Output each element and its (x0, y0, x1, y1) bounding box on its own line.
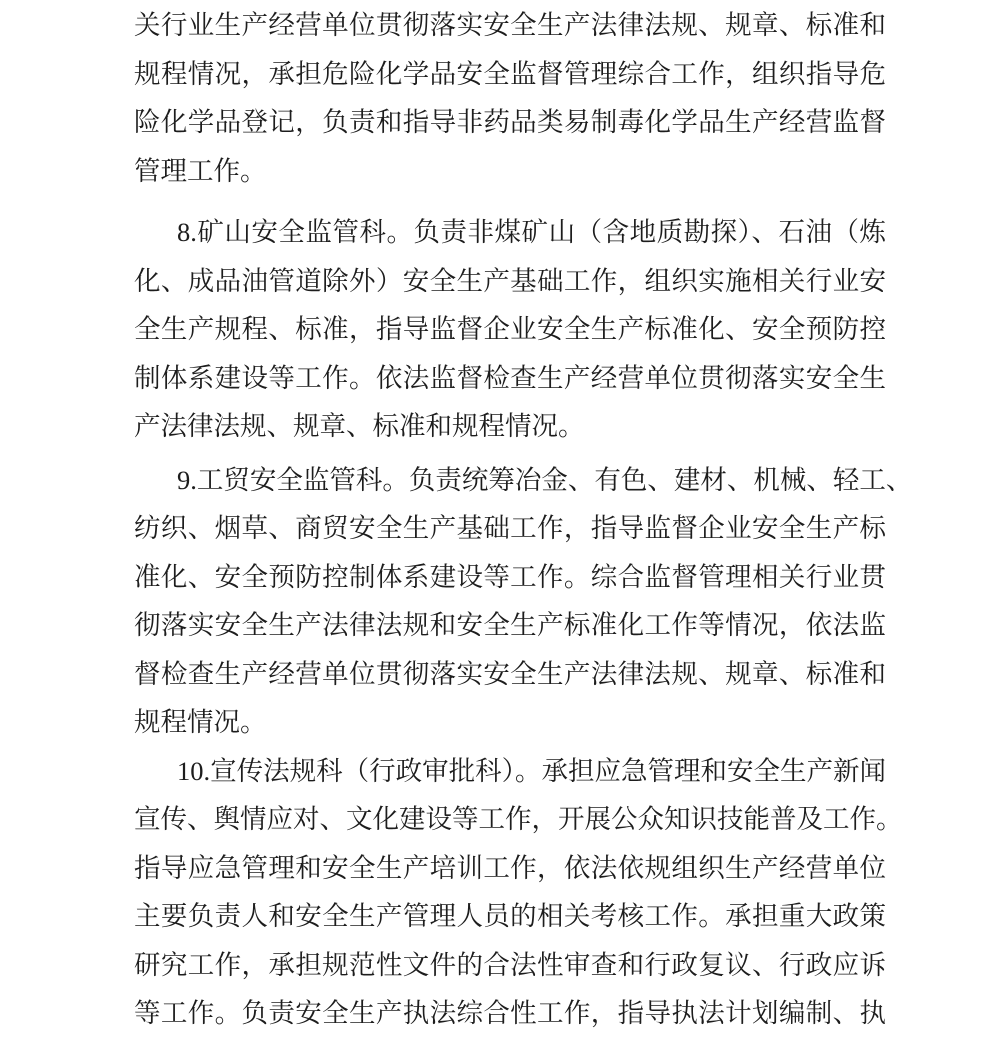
text-line: 产法律法规、规章、标准和规程情况。 (134, 402, 886, 451)
text-line: 全生产规程、标准，指导监督企业安全生产标准化、安全预防控 (134, 305, 886, 354)
text-line: 关行业生产经营单位贯彻落实安全生产法律法规、规章、标准和 (134, 1, 886, 50)
paragraph-7-continuation: 关行业生产经营单位贯彻落实安全生产法律法规、规章、标准和 规程情况，承担危险化学… (134, 1, 886, 195)
paragraph-9-industry-trade-safety-section: 9.工贸安全监管科。负责统筹冶金、有色、建材、机械、轻工、 纺织、烟草、商贸安全… (134, 456, 886, 747)
text-line: 化、成品油管道除外）安全生产基础工作，组织实施相关行业安 (134, 257, 886, 306)
text-line: 管理工作。 (134, 147, 886, 196)
paragraph-10-publicity-law-section: 10.宣传法规科（行政审批科）。承担应急管理和安全生产新闻 宣传、舆情应对、文化… (134, 747, 886, 1038)
text-line: 险化学品登记，负责和指导非药品类易制毒化学品生产经营监督 (134, 98, 886, 147)
text-line: 9.工贸安全监管科。负责统筹冶金、有色、建材、机械、轻工、 (134, 456, 886, 505)
text-line: 纺织、烟草、商贸安全生产基础工作，指导监督企业安全生产标 (134, 504, 886, 553)
text-line: 研究工作，承担规范性文件的合法性审查和行政复议、行政应诉 (134, 941, 886, 990)
text-line: 宣传、舆情应对、文化建设等工作，开展公众知识技能普及工作。 (134, 795, 886, 844)
paragraph-8-mine-safety-section: 8.矿山安全监管科。负责非煤矿山（含地质勘探）、石油（炼 化、成品油管道除外）安… (134, 208, 886, 451)
text-line: 等工作。负责安全生产执法综合性工作，指导执法计划编制、执 (134, 989, 886, 1038)
text-line: 彻落实安全生产法律法规和安全生产标准化工作等情况，依法监 (134, 601, 886, 650)
document-page: 关行业生产经营单位贯彻落实安全生产法律法规、规章、标准和 规程情况，承担危险化学… (0, 0, 1000, 1053)
text-line: 主要负责人和安全生产管理人员的相关考核工作。承担重大政策 (134, 892, 886, 941)
text-line: 规程情况。 (134, 698, 886, 747)
text-line: 准化、安全预防控制体系建设等工作。综合监督管理相关行业贯 (134, 553, 886, 602)
document-body: 关行业生产经营单位贯彻落实安全生产法律法规、规章、标准和 规程情况，承担危险化学… (134, 1, 886, 1038)
text-line: 8.矿山安全监管科。负责非煤矿山（含地质勘探）、石油（炼 (134, 208, 886, 257)
text-line: 指导应急管理和安全生产培训工作，依法依规组织生产经营单位 (134, 844, 886, 893)
text-line: 10.宣传法规科（行政审批科）。承担应急管理和安全生产新闻 (134, 747, 886, 796)
text-line: 督检查生产经营单位贯彻落实安全生产法律法规、规章、标准和 (134, 650, 886, 699)
text-line: 规程情况，承担危险化学品安全监督管理综合工作，组织指导危 (134, 50, 886, 99)
text-line: 制体系建设等工作。依法监督检查生产经营单位贯彻落实安全生 (134, 354, 886, 403)
